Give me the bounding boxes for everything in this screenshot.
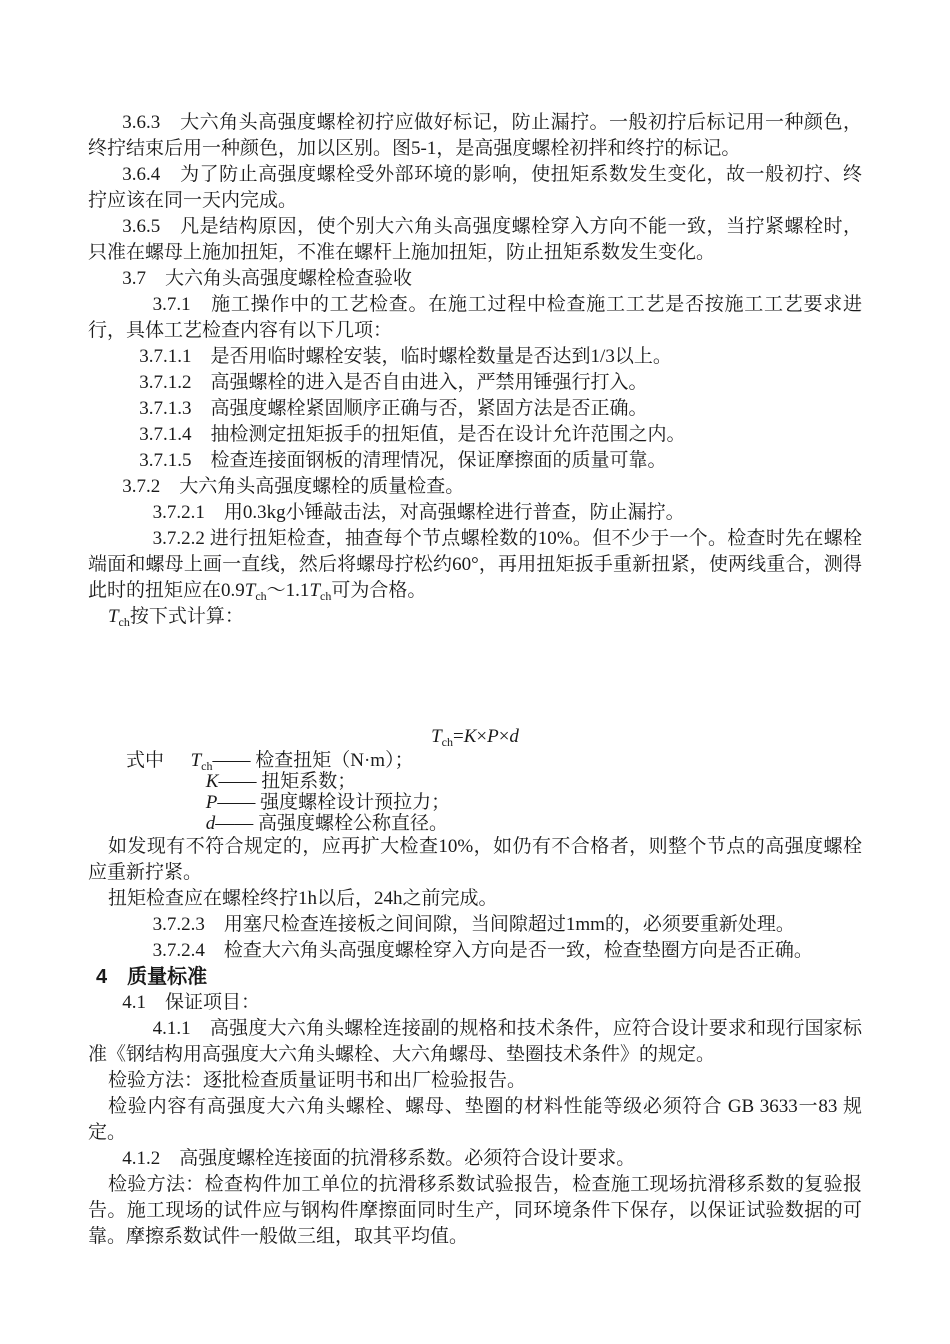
- run-it: T: [431, 726, 442, 747]
- h-3-7: 3.7 大六角头高强度螺栓检查验收: [88, 266, 862, 292]
- p-3-7-2-3: 3.7.2.3 用塞尺检查连接板之间间隙，当间隙超过1mm的，必须要重新处理。: [88, 912, 862, 938]
- p-3-7-1-2: 3.7.1.2 高强螺栓的进入是否自由进入，严禁用锤强行打入。: [88, 370, 862, 396]
- run-text: ～1.1: [267, 580, 310, 601]
- run-text: 可为合格。: [331, 580, 426, 601]
- p-3-6-5: 3.6.5 凡是结构原因，使个别大六角头高强度螺栓穿入方向不能一致，当拧紧螺栓时…: [88, 214, 862, 266]
- h-4: 4 质量标准: [88, 964, 862, 990]
- run-sub: ch: [119, 615, 130, 629]
- run-sub: ch: [442, 735, 453, 749]
- p-3-7-2-2: 3.7.2.2 进行扭矩检查，抽查每个节点螺栓数的10%。但不少于一个。检查时先…: [88, 526, 862, 604]
- formula-gap: [88, 630, 862, 724]
- p-content-check: 检验内容有高强度大六角头螺栓、螺母、垫圈的材料性能等级必须符合 GB 3633一…: [88, 1094, 862, 1146]
- p-3-7-2-1: 3.7.2.1 用0.3kg小锤敲击法，对高强螺栓进行普查，防止漏拧。: [88, 500, 862, 526]
- run-text: 按下式计算：: [130, 606, 244, 627]
- def-d: d—— 高强度螺栓公称直径。: [88, 813, 862, 834]
- run-text: —— 扭矩系数；: [218, 771, 356, 792]
- run-sub: ch: [320, 589, 331, 603]
- run-text: =: [453, 726, 464, 747]
- def-tch: 式中Tch—— 检查扭矩（N·m）；: [88, 750, 862, 771]
- run-it: d: [206, 813, 216, 834]
- p-3-7-1-1: 3.7.1.1 是否用临时螺栓安装，临时螺栓数量是否达到1/3以上。: [88, 344, 862, 370]
- run-it: P: [487, 726, 499, 747]
- p-4-1-2: 4.1.2 高强度螺栓连接面的抗滑移系数。必须符合设计要求。: [88, 1146, 862, 1172]
- run-pfx-a: 式中: [88, 750, 191, 771]
- p-torque-time: 扭矩检查应在螺栓终拧1h以后，24h之前完成。: [88, 886, 862, 912]
- p-3-7-1: 3.7.1 施工操作中的工艺检查。在施工过程中检查施工工艺是否按施工工艺要求进行…: [88, 292, 862, 344]
- def-p: P—— 强度螺栓设计预拉力；: [88, 792, 862, 813]
- p-method-1: 检验方法：逐批检查质量证明书和出厂检验报告。: [88, 1068, 862, 1094]
- run-sub: ch: [255, 589, 266, 603]
- p-formula-intro: Tch按下式计算：: [88, 604, 862, 630]
- p-3-6-3: 3.6.3 大六角头高强度螺栓初拧应做好标记，防止漏拧。一般初拧后标记用一种颜色…: [88, 110, 862, 162]
- p-3-7-1-5: 3.7.1.5 检查连接面钢板的清理情况，保证摩擦面的质量可靠。: [88, 448, 862, 474]
- run-it: T: [245, 580, 256, 601]
- def-k: K—— 扭矩系数；: [88, 771, 862, 792]
- p-4-1-1: 4.1.1 高强度大六角头螺栓连接副的规格和技术条件，应符合设计要求和现行国家标…: [88, 1016, 862, 1068]
- run-it: T: [108, 606, 119, 627]
- p-recheck: 如发现有不符合规定的，应再扩大检查10%，如仍有不合格者，则整个节点的高强度螺栓…: [88, 834, 862, 886]
- document-page: 3.6.3 大六角头高强度螺栓初拧应做好标记，防止漏拧。一般初拧后标记用一种颜色…: [0, 0, 950, 1344]
- run-text: —— 强度螺栓设计预拉力；: [217, 792, 450, 813]
- document-content: 3.6.3 大六角头高强度螺栓初拧应做好标记，防止漏拧。一般初拧后标记用一种颜色…: [0, 0, 950, 1250]
- p-3-7-2: 3.7.2 大六角头高强度螺栓的质量检查。: [88, 474, 862, 500]
- run-text: ×: [499, 726, 510, 747]
- run-it: d: [509, 726, 519, 747]
- run-text: 3.7.2.2 进行扭矩检查，抽查每个节点螺栓数的10%。但不少于一个。检查时先…: [88, 528, 862, 601]
- formula-tch: Tch=K×P×d: [88, 724, 862, 750]
- run-it: K: [464, 726, 477, 747]
- p-3-7-2-4: 3.7.2.4 检查大六角头高强度螺栓穿入方向是否一致，检查垫圈方向是否正确。: [88, 938, 862, 964]
- p-3-6-4: 3.6.4 为了防止高强度螺栓受外部环境的影响，使扭矩系数发生变化，故一般初拧、…: [88, 162, 862, 214]
- run-text: ×: [476, 726, 487, 747]
- run-it: T: [309, 580, 320, 601]
- p-4-1: 4.1 保证项目：: [88, 990, 862, 1016]
- run-it: K: [206, 771, 219, 792]
- run-text: —— 高强度螺栓公称直径。: [215, 813, 448, 834]
- p-3-7-1-3: 3.7.1.3 高强度螺栓紧固顺序正确与否，紧固方法是否正确。: [88, 396, 862, 422]
- run-text: —— 检查扭矩（N·m）；: [213, 750, 414, 771]
- run-it: P: [206, 792, 218, 813]
- p-3-7-1-4: 3.7.1.4 抽检测定扭矩扳手的扭矩值，是否在设计允许范围之内。: [88, 422, 862, 448]
- p-method-2: 检验方法：检查构件加工单位的抗滑移系数试验报告，检查施工现场抗滑移系数的复验报告…: [88, 1172, 862, 1250]
- run-it: T: [191, 750, 202, 771]
